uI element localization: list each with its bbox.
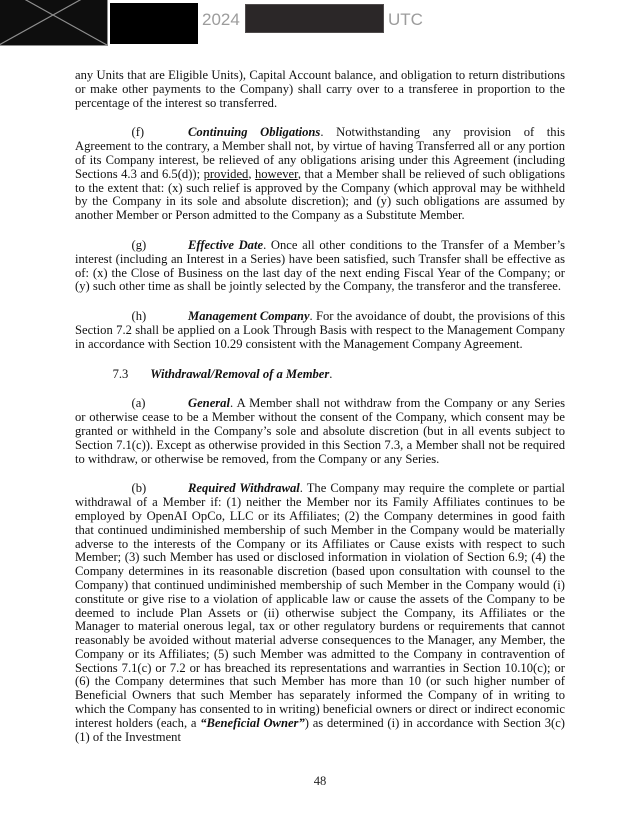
document-body: any Units that are Eligible Units), Capi… — [75, 69, 565, 744]
paragraph-f-continuing-obligations: (f)Continuing Obligations. Notwithstandi… — [75, 126, 565, 223]
section-number-7-3: 7.3 — [113, 368, 151, 382]
paragraph-continuation: any Units that are Eligible Units), Capi… — [75, 69, 565, 110]
document-page: 2024 UTC any Units that are Eligible Uni… — [0, 0, 640, 828]
paragraph-text: Required Withdrawal. The Company may req… — [75, 481, 565, 743]
paragraph-label-a: (a) — [132, 397, 189, 411]
header-timestamp-year: 2024 — [202, 11, 240, 28]
paragraph-h-management-company: (h)Management Company. For the avoidance… — [75, 310, 565, 351]
section-title: Withdrawal/Removal of a Member. — [150, 367, 332, 381]
paragraph-g-effective-date: (g)Effective Date. Once all other condit… — [75, 239, 565, 294]
paragraph-text: Continuing Obligations. Notwithstanding … — [75, 125, 565, 222]
paragraph-label-g: (g) — [132, 239, 189, 253]
redacted-image-placeholder — [0, 0, 108, 46]
paragraph-label-b: (b) — [132, 482, 189, 496]
redacted-image-x-icon — [0, 0, 107, 45]
redaction-bar-dark — [245, 4, 384, 33]
header-timezone-label: UTC — [388, 11, 423, 28]
section-heading-7-3: 7.3Withdrawal/Removal of a Member. — [75, 368, 565, 382]
redaction-bar-black — [110, 3, 198, 44]
page-number: 48 — [0, 774, 640, 789]
paragraph-label-h: (h) — [132, 310, 189, 324]
paragraph-label-f: (f) — [132, 126, 189, 140]
paragraph-a-general: (a)General. A Member shall not withdraw … — [75, 397, 565, 466]
paragraph-b-required-withdrawal: (b)Required Withdrawal. The Company may … — [75, 482, 565, 744]
